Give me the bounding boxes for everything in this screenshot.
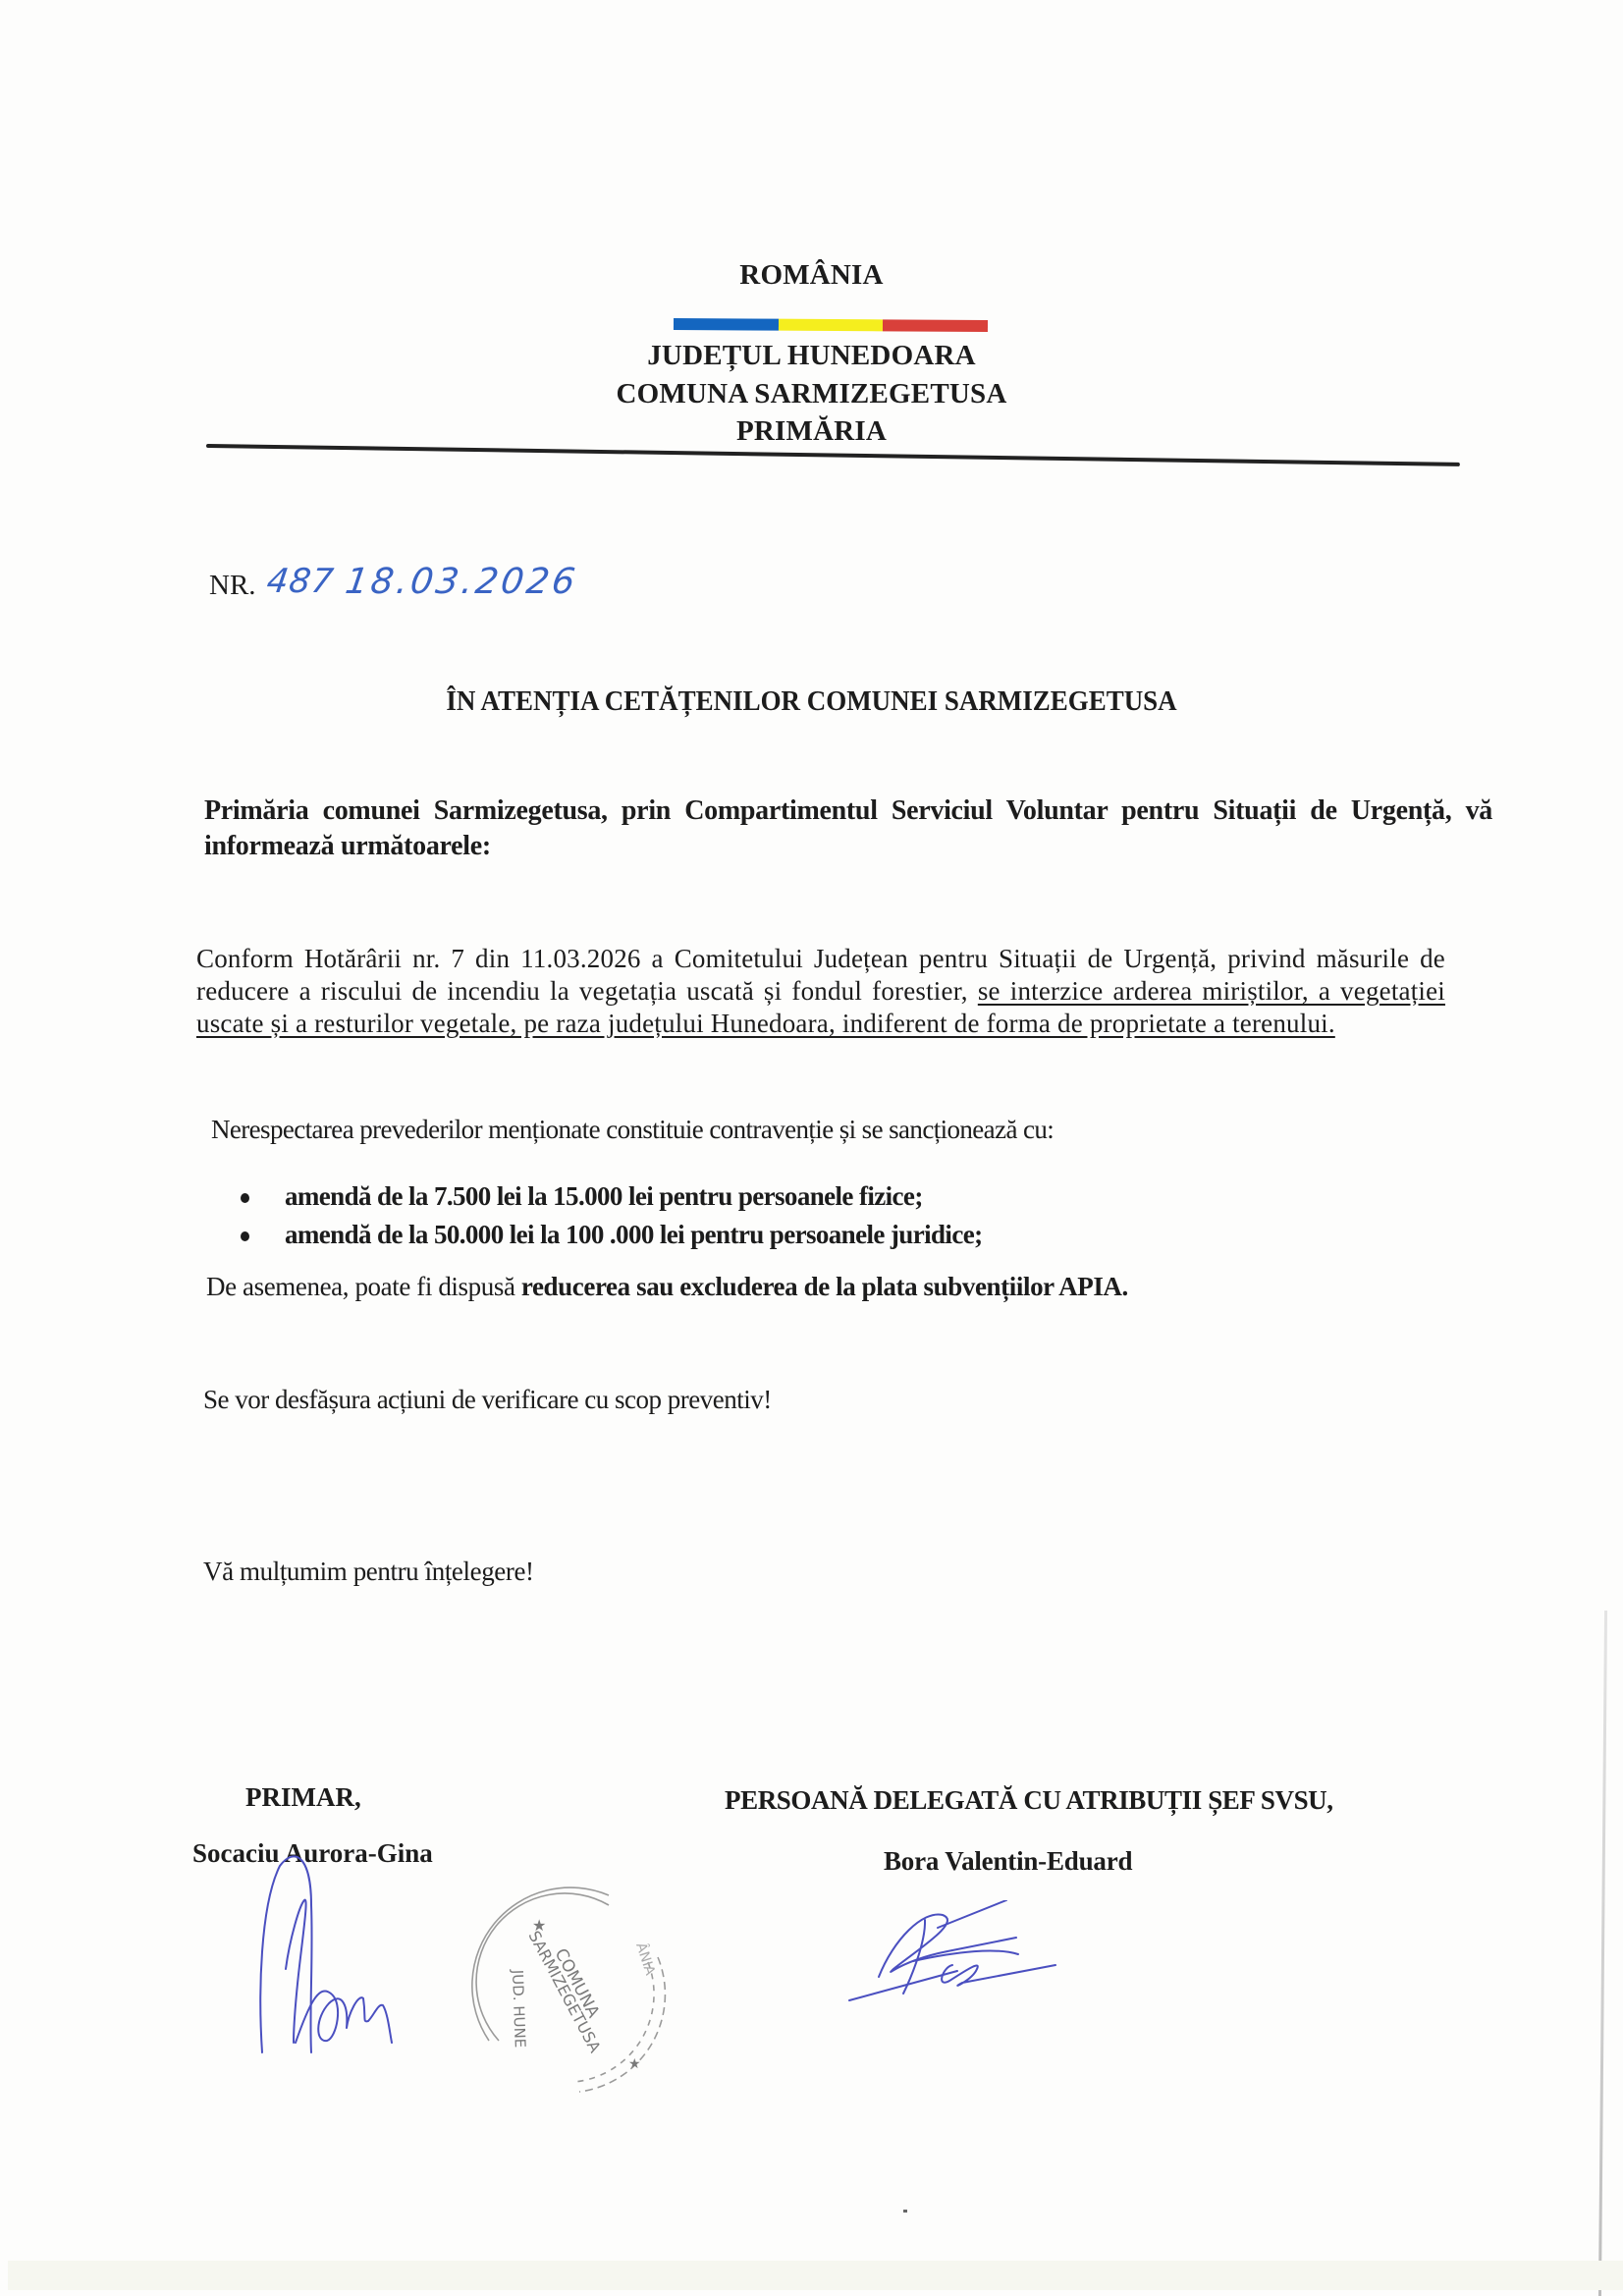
- flag-red-stripe: [883, 319, 988, 332]
- svg-text:ÂNIA: ÂNIA: [632, 1941, 660, 1978]
- registration-date: 18.03.2026: [343, 562, 580, 602]
- sanction-text: amendă de la 7.500 lei la 15.000 lei pen…: [285, 1181, 923, 1212]
- mayor-title: PRIMAR,: [245, 1782, 361, 1813]
- apia-emphasis: reducerea sau excluderea de la plata sub…: [521, 1272, 1128, 1301]
- decision-paragraph: Conform Hotărârii nr. 7 din 11.03.2026 a…: [196, 943, 1445, 1040]
- commune-heading: COMUNA SARMIZEGETUSA: [0, 376, 1623, 411]
- intro-paragraph: Primăria comunei Sarmizegetusa, prin Com…: [204, 793, 1492, 864]
- svg-text:★: ★: [628, 2056, 641, 2072]
- svsu-signature-icon: [839, 1900, 1163, 2008]
- verification-notice: Se vor desfășura acțiuni de verificare c…: [203, 1385, 772, 1415]
- bullet-icon: [241, 1231, 249, 1241]
- mayor-signature-icon: [250, 1846, 437, 2072]
- svsu-title: PERSOANĂ DELEGATĂ CU ATRIBUȚII ȘEF SVSU,: [725, 1785, 1333, 1816]
- sanctions-intro: Nerespectarea prevederilor menționate co…: [211, 1115, 1054, 1145]
- apia-paragraph: De asemenea, poate fi dispusă reducerea …: [206, 1272, 1128, 1302]
- county-heading: JUDEȚUL HUNEDOARA: [0, 338, 1623, 373]
- svg-text:★: ★: [532, 1916, 546, 1935]
- thanks-line: Vă mulțumim pentru înțelegere!: [203, 1557, 534, 1587]
- flag-blue-stripe: [674, 318, 779, 331]
- svsu-name: Bora Valentin-Eduard: [884, 1846, 1132, 1877]
- scan-edge-line: [1598, 1611, 1607, 2296]
- flag-yellow-stripe: [779, 319, 884, 332]
- bullet-icon: [241, 1193, 249, 1203]
- scan-speck: [903, 2210, 907, 2213]
- country-heading: ROMÂNIA: [0, 257, 1623, 293]
- romanian-flag-bar: [674, 318, 988, 332]
- apia-text: De asemenea, poate fi dispusă: [206, 1272, 521, 1301]
- official-stamp-icon: COMUNA SARMIZEGETUSA JUD. HUNE ÂNIA ★ ★: [461, 1884, 687, 2100]
- svg-text:JUD. HUNE: JUD. HUNE: [509, 1969, 529, 2049]
- registration-number: 487: [264, 562, 337, 601]
- notice-title: ÎN ATENȚIA CETĂȚENILOR COMUNEI SARMIZEGE…: [57, 685, 1566, 718]
- sanction-text: amendă de la 50.000 lei la 100 .000 lei …: [285, 1220, 983, 1250]
- registration-label: NR.: [209, 570, 256, 602]
- scan-bottom-band: [8, 2261, 1623, 2290]
